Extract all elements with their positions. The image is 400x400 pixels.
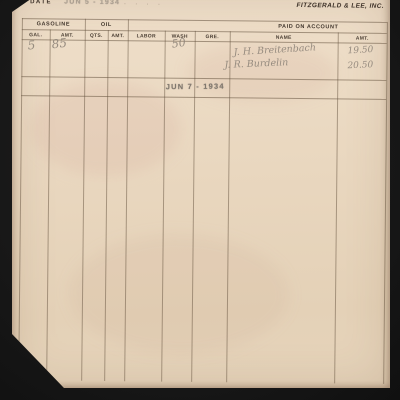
group-header-paid-on-account: PAID ON ACCOUNT: [230, 22, 387, 33]
entry-gas-amount: 85: [51, 36, 68, 52]
rule-vertical-name-amt: [334, 32, 339, 383]
scanned-ledger-screenshot: DATE JUN 5 - 1934 . . . . FITZGERALD & L…: [0, 0, 400, 400]
entry-wash-amount: 50: [171, 36, 187, 51]
date-stamp: JUN 5 - 1934: [64, 0, 120, 6]
rule-vertical-gal-amt: [46, 29, 51, 380]
entry-row2-amount: 20.50: [347, 60, 373, 71]
rule-horizontal-row: [21, 76, 386, 81]
rule-horizontal-stamp-row: [21, 95, 386, 100]
entry-row2-name: J. R. Burdelin: [224, 57, 288, 71]
date-label: DATE: [30, 0, 52, 5]
rule-vertical-left-border: [18, 18, 23, 380]
column-header-oil-amt: AMT.: [108, 32, 128, 40]
entry-gallons: 5: [27, 38, 36, 53]
column-header-gal: GAL.: [22, 31, 50, 39]
column-header-qts: QTS.: [85, 32, 108, 40]
entry-row1-name: J. H. Breitenbach: [233, 42, 316, 58]
company-name: FITZGERALD & LEE, INC.: [252, 2, 384, 10]
entry-row1-amount: 19.50: [347, 45, 373, 57]
column-header-gre: GRE.: [195, 33, 230, 41]
column-header-labor: LABOR: [128, 32, 165, 40]
ledger-sheet: DATE JUN 5 - 1934 . . . . FITZGERALD & L…: [12, 0, 390, 388]
group-header-oil: OIL: [85, 21, 128, 30]
paper-stain: [68, 233, 289, 355]
rule-vertical-qts-amt: [104, 30, 109, 381]
column-header-amt: AMT.: [338, 34, 387, 43]
group-header-gasoline: GASOLINE: [22, 20, 85, 30]
rule-vertical-oil-labor: [124, 19, 129, 381]
sheet-content: DATE JUN 5 - 1934 . . . . FITZGERALD & L…: [8, 0, 390, 390]
rule-vertical-right-border: [383, 22, 388, 384]
date-dotted-line: . . . .: [124, 0, 164, 6]
rule-vertical-gasoline-oil: [81, 19, 86, 381]
column-header-name: NAME: [230, 33, 338, 42]
received-date-stamp: JUN 7 - 1934: [153, 81, 237, 91]
